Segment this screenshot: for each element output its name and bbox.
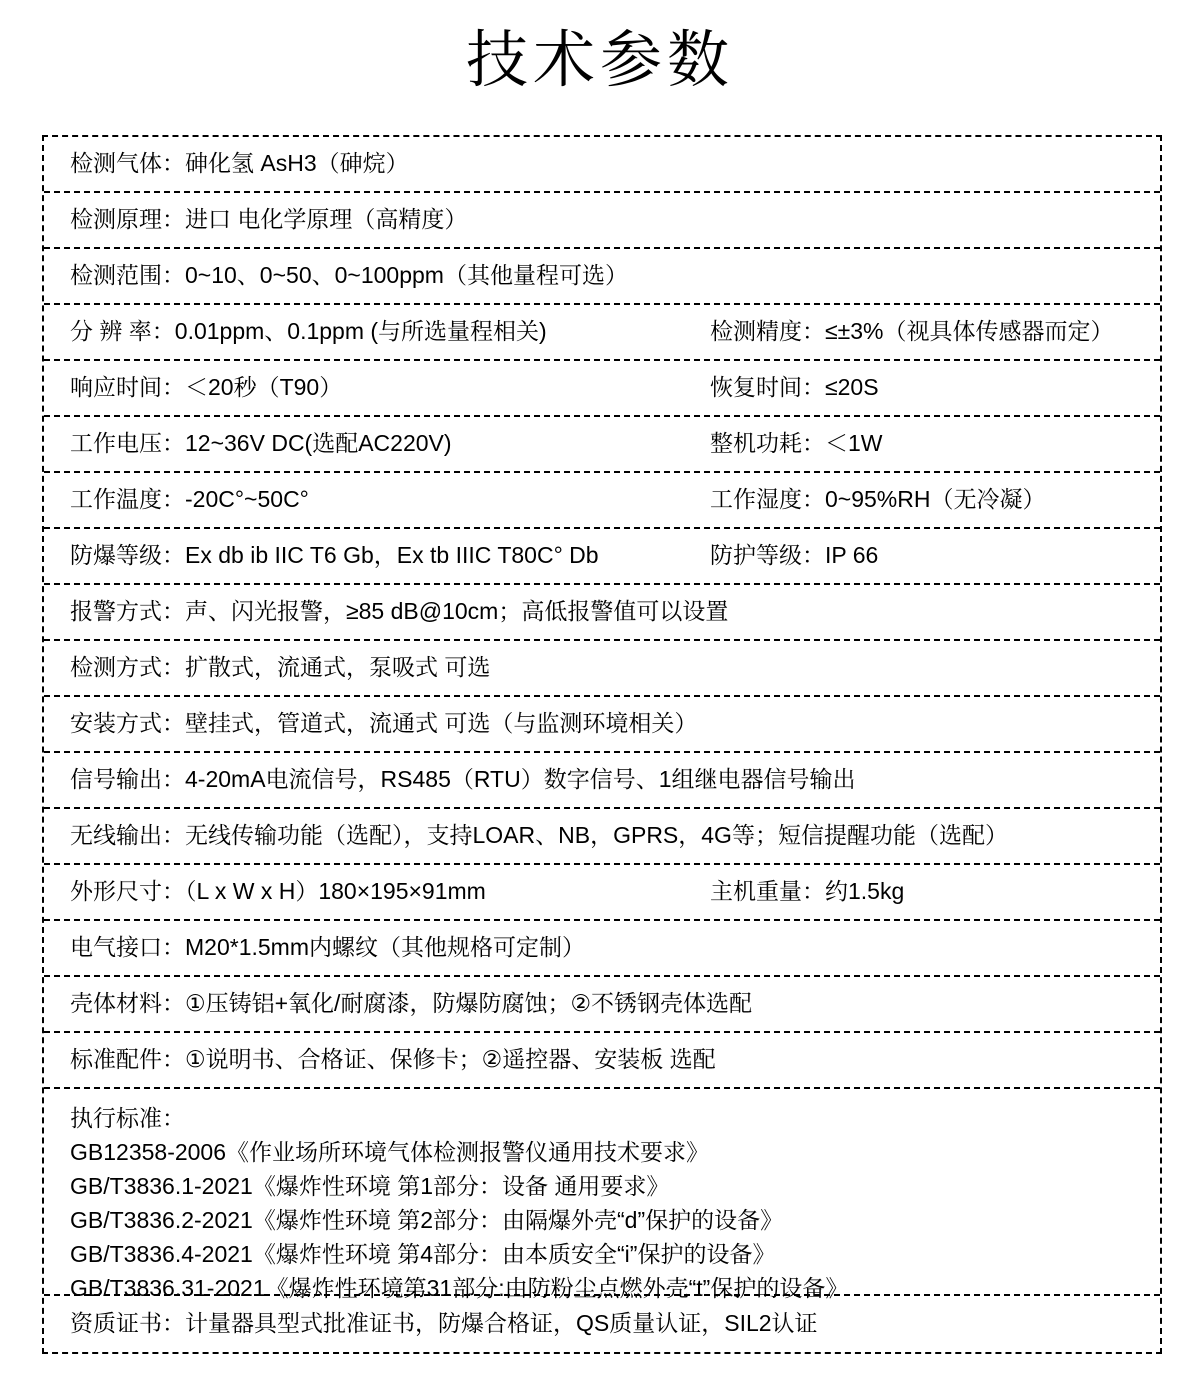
spec-row-principle: 检测原理：进口 电化学原理（高精度） <box>44 193 1160 249</box>
standards-line: GB/T3836.4-2021《爆炸性环境 第4部分：由本质安全“i”保护的设备… <box>70 1237 1150 1271</box>
spec-cell-main: 检测范围：0~10、0~50、0~100ppm（其他量程可选） <box>70 262 628 290</box>
standards-line: GB12358-2006《作业场所环境气体检测报警仪通用技术要求》 <box>70 1135 1150 1169</box>
spec-row-voltage: 工作电压：12~36V DC(选配AC220V)整机功耗：＜1W <box>44 417 1160 473</box>
spec-cell-second: 主机重量：约1.5kg <box>710 878 904 906</box>
standards-line: 执行标准： <box>70 1101 1150 1135</box>
spec-cell-main: 分 辨 率：0.01ppm、0.1ppm (与所选量程相关) <box>70 318 710 346</box>
spec-table: 检测气体：砷化氢 AsH3（砷烷）检测原理：进口 电化学原理（高精度）检测范围：… <box>42 135 1162 1354</box>
spec-row-housing: 壳体材料：①压铸铝+氧化/耐腐漆，防爆防腐蚀；②不锈钢壳体选配 <box>44 977 1160 1033</box>
spec-cell-main: 安装方式：壁挂式，管道式，流通式 可选（与监测环境相关） <box>70 710 697 738</box>
spec-cell-main: 信号输出：4-20mA电流信号，RS485（RTU）数字信号、1组继电器信号输出 <box>70 766 856 794</box>
spec-cell-main: 工作温度：-20C°~50C° <box>70 486 710 514</box>
spec-cell-main: 检测气体：砷化氢 AsH3（砷烷） <box>70 150 409 178</box>
spec-row-wireless: 无线输出：无线传输功能（选配），支持LOAR、NB，GPRS，4G等；短信提醒功… <box>44 809 1160 865</box>
spec-row-alarm: 报警方式：声、闪光报警，≥85 dB@10cm；高低报警值可以设置 <box>44 585 1160 641</box>
spec-row-temperature: 工作温度：-20C°~50C°工作湿度：0~95%RH（无冷凝） <box>44 473 1160 529</box>
spec-cell-main: 防爆等级：Ex db ib IIC T6 Gb，Ex tb IIIC T80C°… <box>70 542 710 570</box>
spec-row-accessories: 标准配件：①说明书、合格证、保修卡；②遥控器、安装板 选配 <box>44 1033 1160 1089</box>
spec-cell-main: 工作电压：12~36V DC(选配AC220V) <box>70 430 710 458</box>
spec-cell-second: 检测精度：≤±3%（视具体传感器而定） <box>710 318 1114 346</box>
spec-cell-second: 防护等级：IP 66 <box>710 542 878 570</box>
spec-row-range: 检测范围：0~10、0~50、0~100ppm（其他量程可选） <box>44 249 1160 305</box>
spec-cell-main: 检测方式：扩散式，流通式，泵吸式 可选 <box>70 654 490 682</box>
spec-cell-main: 响应时间：＜20秒（T90） <box>70 374 710 402</box>
spec-row-installation: 安装方式：壁挂式，管道式，流通式 可选（与监测环境相关） <box>44 697 1160 753</box>
spec-cell-main: 壳体材料：①压铸铝+氧化/耐腐漆，防爆防腐蚀；②不锈钢壳体选配 <box>70 990 752 1018</box>
page-title: 技术参数 <box>0 18 1200 104</box>
spec-cell-main: 资质证书：计量器具型式批准证书，防爆合格证，QS质量认证，SIL2认证 <box>70 1310 818 1338</box>
spec-row-standards: 执行标准：GB12358-2006《作业场所环境气体检测报警仪通用技术要求》GB… <box>44 1089 1160 1296</box>
spec-cell-main: 检测原理：进口 电化学原理（高精度） <box>70 206 467 234</box>
spec-row-dimensions: 外形尺寸：（L x W x H）180×195×91mm主机重量：约1.5kg <box>44 865 1160 921</box>
spec-row-detection-mode: 检测方式：扩散式，流通式，泵吸式 可选 <box>44 641 1160 697</box>
spec-cell-main: 标准配件：①说明书、合格证、保修卡；②遥控器、安装板 选配 <box>70 1046 716 1074</box>
spec-row-gas: 检测气体：砷化氢 AsH3（砷烷） <box>44 137 1160 193</box>
spec-row-electrical-port: 电气接口：M20*1.5mm内螺纹（其他规格可定制） <box>44 921 1160 977</box>
standards-line: GB/T3836.1-2021《爆炸性环境 第1部分：设备 通用要求》 <box>70 1169 1150 1203</box>
spec-row-explosion-proof: 防爆等级：Ex db ib IIC T6 Gb，Ex tb IIIC T80C°… <box>44 529 1160 585</box>
spec-cell-second: 工作湿度：0~95%RH（无冷凝） <box>710 486 1045 514</box>
spec-cell-main: 报警方式：声、闪光报警，≥85 dB@10cm；高低报警值可以设置 <box>70 598 728 626</box>
spec-cell-main: 无线输出：无线传输功能（选配），支持LOAR、NB，GPRS，4G等；短信提醒功… <box>70 822 1008 850</box>
spec-row-resolution: 分 辨 率：0.01ppm、0.1ppm (与所选量程相关)检测精度：≤±3%（… <box>44 305 1160 361</box>
spec-cell-main: 外形尺寸：（L x W x H）180×195×91mm <box>70 878 710 906</box>
spec-cell-main: 电气接口：M20*1.5mm内螺纹（其他规格可定制） <box>70 934 585 962</box>
spec-cell-second: 恢复时间：≤20S <box>710 374 879 402</box>
spec-row-response-time: 响应时间：＜20秒（T90）恢复时间：≤20S <box>44 361 1160 417</box>
spec-row-signal-output: 信号输出：4-20mA电流信号，RS485（RTU）数字信号、1组继电器信号输出 <box>44 753 1160 809</box>
standards-line: GB/T3836.2-2021《爆炸性环境 第2部分：由隔爆外壳“d”保护的设备… <box>70 1203 1150 1237</box>
spec-cell-second: 整机功耗：＜1W <box>710 430 883 458</box>
